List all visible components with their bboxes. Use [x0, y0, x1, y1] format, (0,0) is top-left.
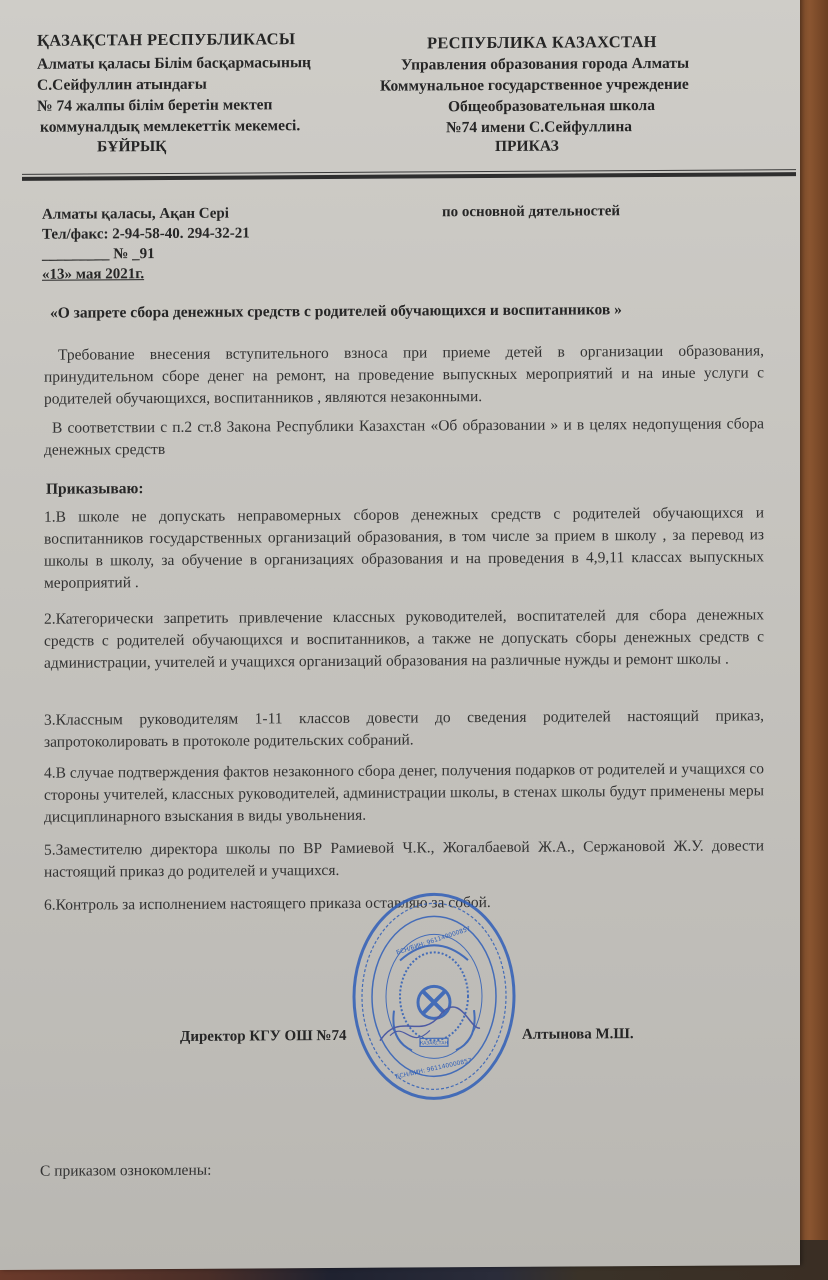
header-left-title: ҚАЗАҚСТАН РЕСПУБЛИКАСЫ [37, 29, 295, 50]
order-item: 3.Классным руководителям 1-11 классов до… [44, 705, 764, 753]
header-left-line: С.Сейфуллин атындағы [37, 75, 207, 95]
order-item: 5.Заместителю директора школы по ВР Рами… [44, 835, 764, 883]
order-item: 2.Категорически запретить привлечение кл… [44, 604, 764, 674]
address: Алматы қаласы, Ақан Сері [42, 205, 229, 224]
header-left-doc-type: БҰЙРЫҚ [97, 137, 166, 156]
header-left-line: № 74 жалпы білім беретін мектеп [37, 95, 273, 115]
svg-text:БСН/БИН: 961140000857: БСН/БИН: 961140000857 [396, 925, 472, 956]
order-item: 1.В школе не допускать неправомерных сбо… [44, 502, 764, 594]
header-right-line: №74 имени С.Сейфуллина [446, 117, 632, 137]
acknowledgement-label: С приказом ознокомлены: [40, 1162, 211, 1181]
document-page: ҚАЗАҚСТАН РЕСПУБЛИКАСЫ Алматы қаласы Біл… [0, 0, 800, 1270]
order-category: по основной дятельностей [442, 202, 620, 221]
header-right-title: РЕСПУБЛИКА КАЗАХСТАН [427, 32, 657, 52]
header-left-line: коммуналдық мемлекеттік мекемесі. [40, 116, 300, 137]
order-date: «13» мая 2021г. [42, 265, 144, 284]
order-title: «О запрете сбора денежных средств с роди… [50, 301, 622, 322]
signature-name: Алтынова М.Ш. [522, 1026, 634, 1044]
header-left-line: Алматы қаласы Білім басқармасының [37, 53, 311, 74]
header-right-line: Коммунальное государственное учреждение [380, 75, 689, 96]
svg-text:ҚАЗАҚСТАН: ҚАЗАҚСТАН [420, 1040, 448, 1046]
header-right-doc-type: ПРИКАЗ [495, 137, 559, 156]
order-item: 4.В случае подтверждения фактов незаконн… [44, 758, 764, 828]
wooden-surface-edge [798, 0, 828, 1280]
official-stamp-icon: БСН/БИН: 961140000857 БСН/БИН: 961140000… [350, 890, 518, 1103]
header-right-line: Общеобразовательная школа [448, 96, 655, 116]
signature-position: Директор КГУ ОШ №74 [180, 1028, 347, 1046]
phone: Тел/факс: 2-94-58-40. 294-32-21 [42, 224, 250, 243]
order-word: Приказываю: [46, 480, 144, 499]
preamble-paragraph: Требование внесения вступительного взнос… [44, 340, 764, 410]
order-number: _________ № _91 [42, 245, 155, 264]
preamble-paragraph: В соответствии с п.2 ст.8 Закона Республ… [44, 413, 764, 461]
header-right-line: Управления образования города Алматы [401, 54, 689, 75]
